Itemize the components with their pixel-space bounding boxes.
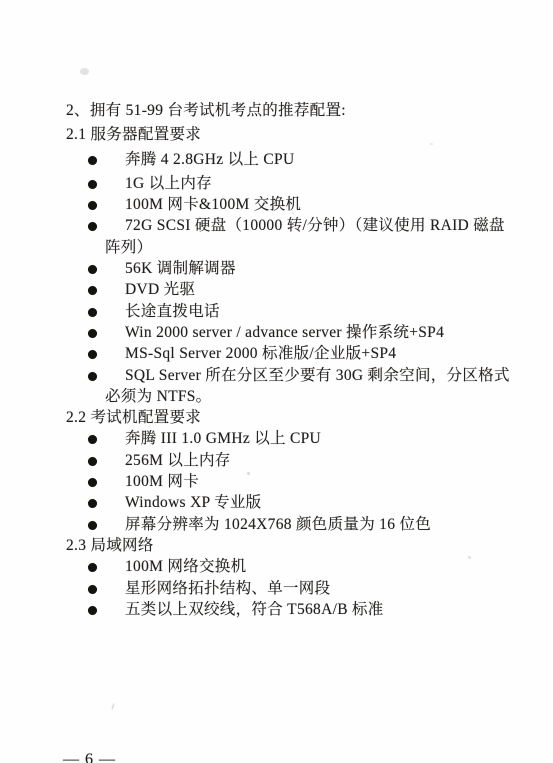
- list-item: 1G 以上内存: [71, 173, 523, 194]
- list-item: 100M 网卡: [71, 471, 523, 492]
- list-item: DVD 光驱: [71, 279, 523, 300]
- list-item-text: 1G 以上内存: [105, 173, 523, 194]
- list-item-text: SQL Server 所在分区至少要有 30G 剩余空间，分区格式: [105, 365, 523, 386]
- list-item-text: 屏幕分辨率为 1024X768 颜色质量为 16 位色: [105, 514, 523, 535]
- list-item: 100M 网卡&100M 交换机: [71, 194, 523, 215]
- bullet-icon: [88, 478, 97, 487]
- list-item-text: 256M 以上内存: [105, 450, 523, 471]
- list-item: 奔腾 4 2.8GHz 以上 CPU: [71, 149, 523, 170]
- list-item-text: 星形网络拓扑结构、单一网段: [105, 578, 523, 599]
- bullet-icon: [88, 286, 97, 295]
- document-body: 2、拥有 51-99 台考试机考点的推荐配置: 2.1 服务器配置要求 奔腾 4…: [71, 100, 523, 620]
- list-item-text: 100M 网卡: [105, 471, 523, 492]
- list-item: 屏幕分辨率为 1024X768 颜色质量为 16 位色: [71, 514, 523, 535]
- bullet-icon: [88, 435, 97, 444]
- heading-local-network: 2.3 局域网络: [66, 535, 523, 556]
- list-item: MS-Sql Server 2000 标准版/企业版+SP4: [71, 343, 523, 364]
- list-item-text: MS-Sql Server 2000 标准版/企业版+SP4: [105, 343, 523, 364]
- list-item-text: 72G SCSI 硬盘（10000 转/分钟）（建议使用 RAID 磁盘: [105, 215, 523, 236]
- list-item: Windows XP 专业版: [71, 492, 523, 513]
- bullet-icon: [88, 265, 97, 274]
- bullet-icon: [88, 499, 97, 508]
- list-item-text: Windows XP 专业版: [105, 492, 523, 513]
- bullet-icon: [88, 329, 97, 338]
- scanned-document-page: 2、拥有 51-99 台考试机考点的推荐配置: 2.1 服务器配置要求 奔腾 4…: [0, 0, 553, 763]
- page-title: 2、拥有 51-99 台考试机考点的推荐配置:: [66, 100, 523, 121]
- scan-noise-speck: [111, 703, 115, 710]
- list-item: 56K 调制解调器: [71, 258, 523, 279]
- bullet-icon: [88, 585, 97, 594]
- bullet-icon: [88, 350, 97, 359]
- bullet-icon: [88, 563, 97, 572]
- list-item-text: 奔腾 4 2.8GHz 以上 CPU: [105, 149, 523, 170]
- list-item-text: 奔腾 III 1.0 GMHz 以上 CPU: [105, 428, 523, 449]
- bullet-icon: [88, 156, 97, 165]
- heading-server-config: 2.1 服务器配置要求: [66, 124, 523, 145]
- list-item-text: DVD 光驱: [105, 279, 523, 300]
- bullet-icon: [88, 457, 97, 466]
- bullet-icon: [88, 180, 97, 189]
- list-item: 256M 以上内存: [71, 450, 523, 471]
- list-item-text: 长途直拨电话: [105, 301, 523, 322]
- list-item-text-continued: 必须为 NTFS。: [105, 386, 523, 407]
- list-item-text: 100M 网络交换机: [105, 556, 523, 577]
- list-item-text: 100M 网卡&100M 交换机: [105, 194, 523, 215]
- list-item-text: Win 2000 server / advance server 操作系统+SP…: [105, 322, 523, 343]
- list-item: 长途直拨电话: [71, 301, 523, 322]
- bullet-icon: [88, 606, 97, 615]
- list-item: 奔腾 III 1.0 GMHz 以上 CPU: [71, 428, 523, 449]
- heading-exam-machine-config: 2.2 考试机配置要求: [66, 407, 523, 428]
- list-item-text-continued: 阵列）: [105, 237, 523, 258]
- list-item: 五类以上双绞线，符合 T568A/B 标准: [71, 599, 523, 620]
- list-item-text: 56K 调制解调器: [105, 258, 523, 279]
- page-number: — 6 —: [63, 751, 116, 763]
- bullet-icon: [88, 372, 97, 381]
- bullet-icon: [88, 201, 97, 210]
- list-item: Win 2000 server / advance server 操作系统+SP…: [71, 322, 523, 343]
- list-item-text: 五类以上双绞线，符合 T568A/B 标准: [105, 599, 523, 620]
- list-item: 72G SCSI 硬盘（10000 转/分钟）（建议使用 RAID 磁盘 阵列）: [71, 215, 523, 258]
- list-item: 100M 网络交换机: [71, 556, 523, 577]
- bullet-icon: [88, 308, 97, 317]
- scan-noise-speck: [80, 68, 89, 75]
- bullet-icon: [88, 222, 97, 231]
- list-item: 星形网络拓扑结构、单一网段: [71, 578, 523, 599]
- list-item: SQL Server 所在分区至少要有 30G 剩余空间，分区格式 必须为 NT…: [71, 365, 523, 408]
- bullet-icon: [88, 521, 97, 530]
